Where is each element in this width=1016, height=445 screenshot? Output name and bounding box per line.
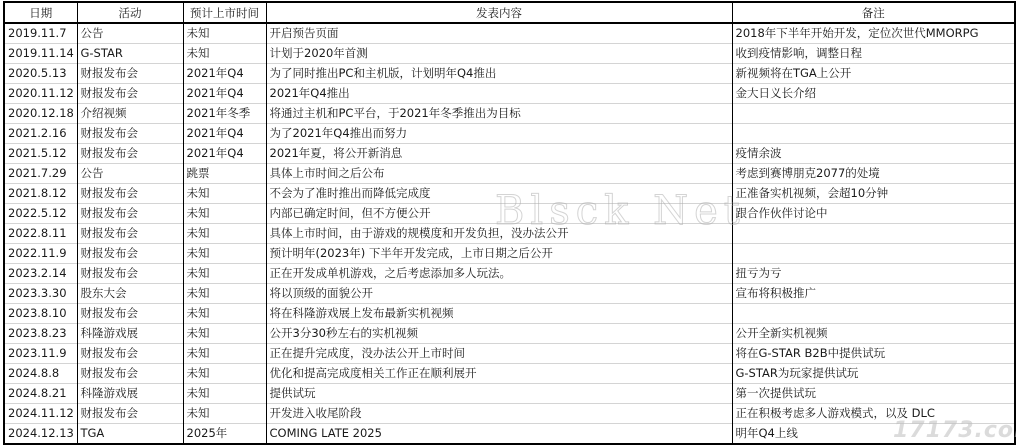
- cell-notes: 考虑到赛博朋克2077的处境: [732, 164, 1015, 184]
- header-notes: 备注: [732, 2, 1015, 23]
- cell-expected-release: 2021年Q4: [183, 84, 266, 104]
- table-row: 2021.7.29公告跳票具体上市时间之后公布考虑到赛博朋克2077的处境: [4, 164, 1015, 184]
- cell-notes: [732, 104, 1015, 124]
- table-row: 2021.5.12财报发布会2021年Q42021年夏，将公开新消息疫情余波: [4, 144, 1015, 164]
- cell-expected-release: 2021年冬季: [183, 104, 266, 124]
- table-row: 2023.11.9财报发布会未知正在提升完成度，没办法公开上市时间将在G-STA…: [4, 344, 1015, 364]
- cell-activity: 财报发布会: [77, 304, 183, 324]
- cell-expected-release: 未知: [183, 224, 266, 244]
- cell-announcement: 将通过主机和PC平台，于2021年冬季推出为目标: [266, 104, 732, 124]
- cell-date: 2024.8.8: [4, 364, 77, 384]
- table-row: 2022.8.11财报发布会未知具体上市时间，由于游戏的规模度和开发负担，没办法…: [4, 224, 1015, 244]
- table-row: 2021.8.12财报发布会未知不会为了准时推出而降低完成度正准备实机视频，会超…: [4, 184, 1015, 204]
- cell-announcement: 具体上市时间，由于游戏的规模度和开发负担，没办法公开: [266, 224, 732, 244]
- cell-activity: 科隆游戏展: [77, 384, 183, 404]
- table-row: 2019.11.7公告未知开启预告页面2018年下半年开始开发，定位次世代MMO…: [4, 23, 1015, 44]
- cell-activity: TGA: [77, 424, 183, 445]
- cell-activity: 财报发布会: [77, 244, 183, 264]
- table-row: 2019.11.14G-STAR未知计划于2020年首测收到疫情影响，调整日程: [4, 44, 1015, 64]
- cell-activity: 公告: [77, 164, 183, 184]
- cell-expected-release: 未知: [183, 204, 266, 224]
- cell-date: 2022.11.9: [4, 244, 77, 264]
- cell-activity: 财报发布会: [77, 64, 183, 84]
- cell-announcement: 将在科隆游戏展上发布最新实机视频: [266, 304, 732, 324]
- cell-announcement: 公开3分30秒左右的实机视频: [266, 324, 732, 344]
- table-row: 2022.5.12财报发布会未知内部已确定时间，但不方便公开跟合作伙伴讨论中: [4, 204, 1015, 224]
- cell-expected-release: 未知: [183, 244, 266, 264]
- spreadsheet: 日期 活动 预计上市时间 发表内容 备注 2019.11.7公告未知开启预告页面…: [3, 1, 1014, 445]
- header-date: 日期: [4, 2, 77, 23]
- cell-announcement: 预计明年(2023年) 下半年开发完成，上市日期之后公开: [266, 244, 732, 264]
- cell-activity: 股东大会: [77, 284, 183, 304]
- cell-date: 2021.2.16: [4, 124, 77, 144]
- table-row: 2022.11.9财报发布会未知预计明年(2023年) 下半年开发完成，上市日期…: [4, 244, 1015, 264]
- cell-date: 2023.8.10: [4, 304, 77, 324]
- table-row: 2023.8.23科隆游戏展未知公开3分30秒左右的实机视频公开全新实机视频: [4, 324, 1015, 344]
- cell-notes: 疫情余波: [732, 144, 1015, 164]
- cell-expected-release: 未知: [183, 44, 266, 64]
- cell-expected-release: 2021年Q4: [183, 64, 266, 84]
- cell-announcement: 提供试玩: [266, 384, 732, 404]
- cell-date: 2019.11.7: [4, 23, 77, 44]
- cell-expected-release: 2021年Q4: [183, 144, 266, 164]
- cell-expected-release: 未知: [183, 264, 266, 284]
- cell-notes: [732, 224, 1015, 244]
- cell-announcement: 正在开发成单机游戏，之后考虑添加多人玩法。: [266, 264, 732, 284]
- cell-notes: [732, 244, 1015, 264]
- cell-date: 2021.5.12: [4, 144, 77, 164]
- cell-expected-release: 未知: [183, 23, 266, 44]
- cell-announcement: 内部已确定时间，但不方便公开: [266, 204, 732, 224]
- table-row: 2023.2.14财报发布会未知正在开发成单机游戏，之后考虑添加多人玩法。扭亏为…: [4, 264, 1015, 284]
- cell-announcement: COMING LATE 2025: [266, 424, 732, 445]
- cell-activity: 财报发布会: [77, 364, 183, 384]
- cell-notes: 跟合作伙伴讨论中: [732, 204, 1015, 224]
- table-row: 2024.8.8财报发布会未知优化和提高完成度相关工作正在顺利展开G-STAR为…: [4, 364, 1015, 384]
- cell-activity: G-STAR: [77, 44, 183, 64]
- cell-activity: 公告: [77, 23, 183, 44]
- cell-announcement: 2021年夏，将公开新消息: [266, 144, 732, 164]
- cell-expected-release: 未知: [183, 304, 266, 324]
- cell-date: 2023.11.9: [4, 344, 77, 364]
- table-row: 2024.12.13TGA2025年COMING LATE 2025明年Q4上线: [4, 424, 1015, 445]
- cell-activity: 财报发布会: [77, 264, 183, 284]
- cell-announcement: 计划于2020年首测: [266, 44, 732, 64]
- cell-date: 2020.5.13: [4, 64, 77, 84]
- cell-expected-release: 2021年Q4: [183, 124, 266, 144]
- cell-date: 2022.8.11: [4, 224, 77, 244]
- header-announcement: 发表内容: [266, 2, 732, 23]
- table-row: 2020.12.18介绍视频2021年冬季将通过主机和PC平台，于2021年冬季…: [4, 104, 1015, 124]
- cell-announcement: 具体上市时间之后公布: [266, 164, 732, 184]
- cell-announcement: 2021年Q4推出: [266, 84, 732, 104]
- cell-date: 2020.12.18: [4, 104, 77, 124]
- cell-date: 2019.11.14: [4, 44, 77, 64]
- cell-expected-release: 未知: [183, 344, 266, 364]
- cell-activity: 财报发布会: [77, 224, 183, 244]
- cell-expected-release: 未知: [183, 284, 266, 304]
- header-expected-release: 预计上市时间: [183, 2, 266, 23]
- cell-notes: 正准备实机视频，会超10分钟: [732, 184, 1015, 204]
- cell-expected-release: 未知: [183, 324, 266, 344]
- cell-activity: 财报发布会: [77, 184, 183, 204]
- cell-notes: 2018年下半年开始开发，定位次世代MMORPG: [732, 23, 1015, 44]
- cell-announcement: 不会为了准时推出而降低完成度: [266, 184, 732, 204]
- cell-date: 2024.11.12: [4, 404, 77, 424]
- cell-expected-release: 未知: [183, 404, 266, 424]
- cell-notes: 新视频将在TGA上公开: [732, 64, 1015, 84]
- cell-activity: 财报发布会: [77, 404, 183, 424]
- cell-notes: 宣布将积极推广: [732, 284, 1015, 304]
- cell-date: 2021.7.29: [4, 164, 77, 184]
- cell-activity: 财报发布会: [77, 144, 183, 164]
- cell-date: 2023.3.30: [4, 284, 77, 304]
- cell-activity: 介绍视频: [77, 104, 183, 124]
- cell-date: 2023.8.23: [4, 324, 77, 344]
- cell-date: 2024.8.21: [4, 384, 77, 404]
- cell-notes: [732, 124, 1015, 144]
- header-activity: 活动: [77, 2, 183, 23]
- table-row: 2023.8.10财报发布会未知将在科隆游戏展上发布最新实机视频: [4, 304, 1015, 324]
- cell-announcement: 优化和提高完成度相关工作正在顺利展开: [266, 364, 732, 384]
- cell-notes: 收到疫情影响，调整日程: [732, 44, 1015, 64]
- cell-expected-release: 2025年: [183, 424, 266, 445]
- cell-expected-release: 未知: [183, 184, 266, 204]
- cell-notes: 公开全新实机视频: [732, 324, 1015, 344]
- table-row: 2020.5.13财报发布会2021年Q4为了同时推出PC和主机版，计划明年Q4…: [4, 64, 1015, 84]
- table-row: 2024.8.21科隆游戏展未知提供试玩第一次提供试玩: [4, 384, 1015, 404]
- cell-activity: 财报发布会: [77, 204, 183, 224]
- cell-notes: 扭亏为亏: [732, 264, 1015, 284]
- cell-notes: 将在G-STAR B2B中提供试玩: [732, 344, 1015, 364]
- cell-date: 2020.11.12: [4, 84, 77, 104]
- cell-activity: 财报发布会: [77, 84, 183, 104]
- cell-expected-release: 未知: [183, 384, 266, 404]
- table-row: 2021.2.16财报发布会2021年Q4为了2021年Q4推出而努力: [4, 124, 1015, 144]
- cell-announcement: 为了2021年Q4推出而努力: [266, 124, 732, 144]
- cell-activity: 科隆游戏展: [77, 324, 183, 344]
- release-timeline-table: 日期 活动 预计上市时间 发表内容 备注 2019.11.7公告未知开启预告页面…: [3, 1, 1016, 445]
- cell-activity: 财报发布会: [77, 344, 183, 364]
- cell-date: 2023.2.14: [4, 264, 77, 284]
- cell-activity: 财报发布会: [77, 124, 183, 144]
- table-row: 2023.3.30股东大会未知将以顶级的面貌公开宣布将积极推广: [4, 284, 1015, 304]
- cell-date: 2021.8.12: [4, 184, 77, 204]
- cell-notes: 第一次提供试玩: [732, 384, 1015, 404]
- cell-expected-release: 跳票: [183, 164, 266, 184]
- cell-date: 2022.5.12: [4, 204, 77, 224]
- cell-announcement: 将以顶级的面貌公开: [266, 284, 732, 304]
- cell-notes: [732, 304, 1015, 324]
- table-row: 2020.11.12财报发布会2021年Q42021年Q4推出金大日义长介绍: [4, 84, 1015, 104]
- table-row: 2024.11.12财报发布会未知开发进入收尾阶段正在积极考虑多人游戏模式，以及…: [4, 404, 1015, 424]
- header-row: 日期 活动 预计上市时间 发表内容 备注: [4, 2, 1015, 23]
- cell-announcement: 正在提升完成度，没办法公开上市时间: [266, 344, 732, 364]
- cell-notes: 金大日义长介绍: [732, 84, 1015, 104]
- cell-announcement: 开发进入收尾阶段: [266, 404, 732, 424]
- cell-announcement: 为了同时推出PC和主机版，计划明年Q4推出: [266, 64, 732, 84]
- cell-notes: 正在积极考虑多人游戏模式，以及 DLC: [732, 404, 1015, 424]
- cell-notes: G-STAR为玩家提供试玩: [732, 364, 1015, 384]
- cell-expected-release: 未知: [183, 364, 266, 384]
- cell-notes: 明年Q4上线: [732, 424, 1015, 445]
- cell-announcement: 开启预告页面: [266, 23, 732, 44]
- cell-date: 2024.12.13: [4, 424, 77, 445]
